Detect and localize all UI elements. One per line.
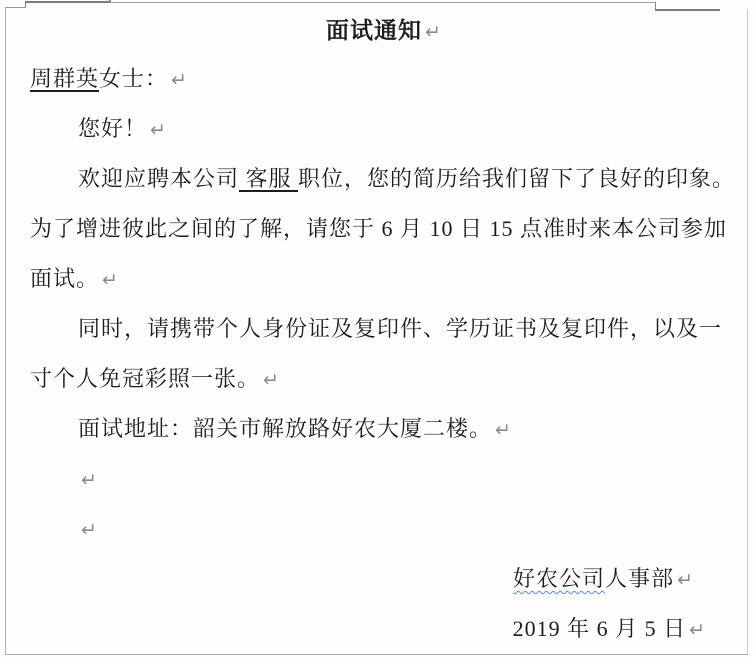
empty-line-1: ↵ [30,454,737,504]
position-blank: 客服 [239,166,298,191]
salutation-line: 周群英女士：↵ [30,54,737,104]
address-text: 面试地址：韶关市解放路好农大厦二楼。 [78,416,492,441]
page-border-right [747,10,748,655]
signature-dept: 人事部 [605,566,674,591]
greeting-line: 您好！↵ [30,104,737,154]
paragraph-mark-icon: ↵ [147,119,166,141]
page-border-bottom [5,654,748,655]
document-title: 面试通知 [326,18,422,43]
body-line-5: 寸个人免冠彩照一张。↵ [30,354,737,404]
paragraph-mark-icon: ↵ [168,69,187,91]
para1-line2-text: 为了增进彼此之间的了解，请您于 6 月 10 日 15 点准时来本公司参加 [30,216,727,241]
body-line-4: 同时，请携带个人身份证及复印件、学历证书及复印件，以及一 [30,304,737,354]
body-line-1: 欢迎应聘本公司 客服 职位，您的简历给我们留下了良好的印象。 [30,154,737,204]
para1-pre-text: 欢迎应聘本公司 [78,166,239,191]
para2-line1-text: 同时，请携带个人身份证及复印件、学历证书及复印件，以及一 [78,316,722,341]
address-line: 面试地址：韶关市解放路好农大厦二楼。↵ [30,404,737,454]
para1-line3-text: 面试。 [30,266,99,291]
document-viewport: 面试通知↵ 周群英女士：↵ 您好！↵ 欢迎应聘本公司 客服 职位，您的简历给我们… [0,0,755,660]
date-line: 2019 年 6 月 5 日↵ [30,604,737,654]
recipient-suffix: 女士： [99,66,168,91]
paragraph-mark-icon: ↵ [686,619,705,641]
page-top-border-segment-left [25,1,110,3]
paragraph-mark-icon: ↵ [492,419,511,441]
paragraph-mark-icon: ↵ [99,269,118,291]
paragraph-mark-icon: ↵ [260,369,279,391]
date-text: 2019 年 6 月 5 日 [513,616,687,641]
signature-line: 好农公司人事部↵ [30,554,737,604]
paragraph-mark-icon: ↵ [674,569,693,591]
empty-line-2: ↵ [30,504,737,554]
recipient-name: 周群英 [30,66,99,91]
paragraph-mark-icon: ↵ [422,21,441,43]
body-line-2: 为了增进彼此之间的了解，请您于 6 月 10 日 15 点准时来本公司参加 [30,204,737,254]
para2-line2-text: 寸个人免冠彩照一张。 [30,366,260,391]
document-page[interactable]: 面试通知↵ 周群英女士：↵ 您好！↵ 欢迎应聘本公司 客服 职位，您的简历给我们… [6,8,747,654]
page-top-border [110,2,655,3]
signature-company: 好农公司 [513,566,605,591]
greeting-text: 您好！ [78,116,147,141]
title-line: 面试通知↵ [30,8,737,54]
paragraph-mark-icon: ↵ [78,469,97,491]
body-line-3: 面试。↵ [30,254,737,304]
para1-post-text: 职位，您的简历给我们留下了良好的印象。 [298,166,735,191]
paragraph-mark-icon: ↵ [78,519,97,541]
